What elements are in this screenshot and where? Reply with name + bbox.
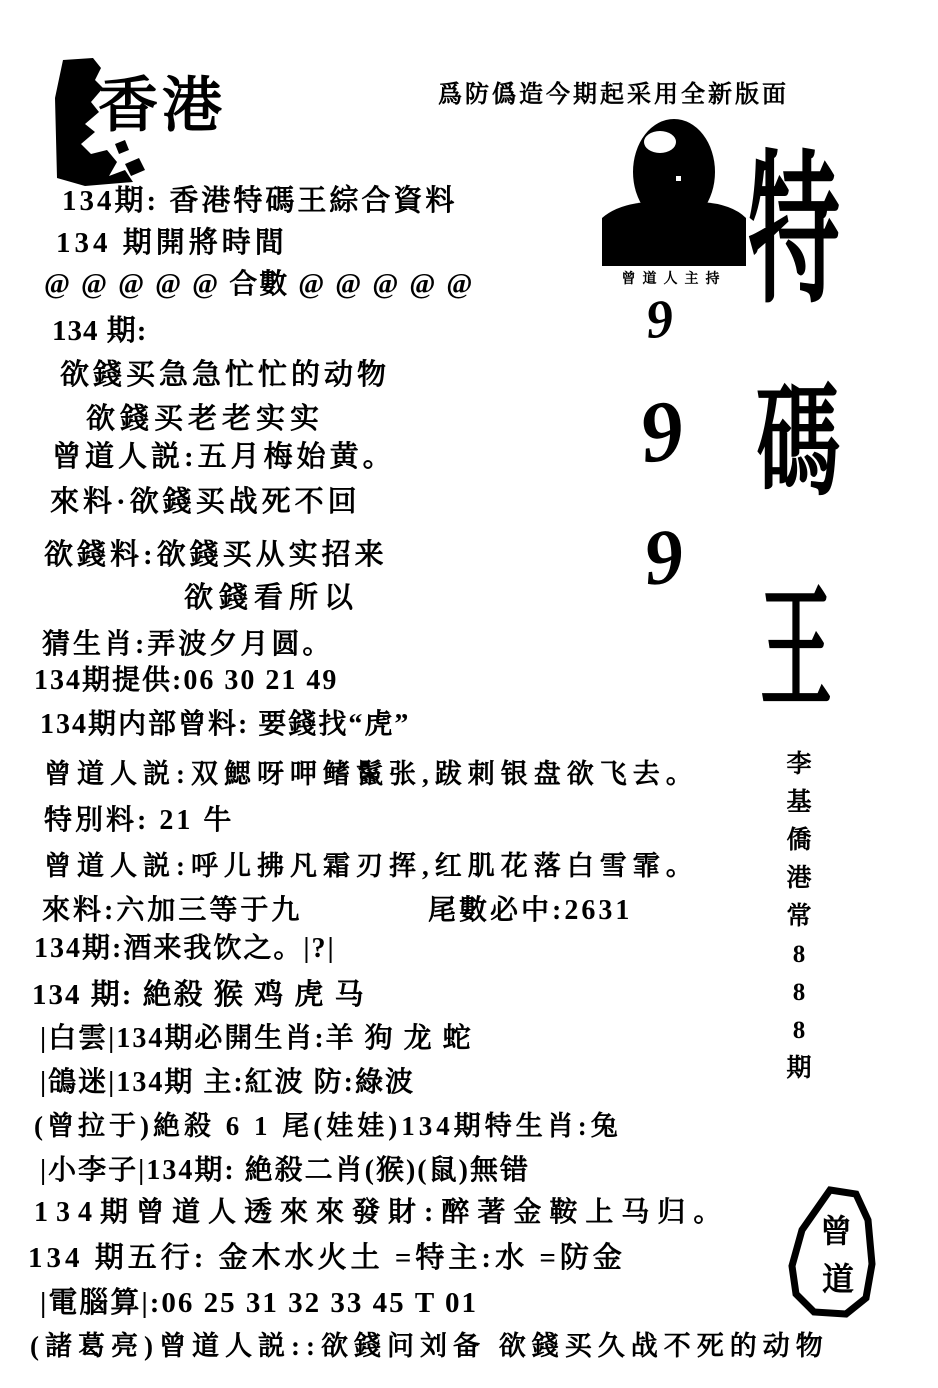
masthead-char-te: 特 [748, 150, 840, 314]
text-line: 134 期: 絶殺 猴 鸡 虎 马 [32, 980, 366, 1012]
text-line: 曾道人説:五月梅始黄。 [52, 442, 396, 474]
text-line: 曾道人説:双鰓呀呷鳍鬣张,跋刺银盘欲飞去。 [44, 760, 699, 790]
text-line: 曾道人説:呼儿拂凡霜刃挥,红肌花落白雪霏。 [44, 852, 699, 882]
seal-char-1: 曾 [820, 1213, 852, 1249]
decorative-nine-1: 9 [644, 291, 676, 347]
text-line: 134 期開將時間 [56, 228, 288, 260]
text-line: 來料:六加三等于九 [42, 896, 302, 927]
side-column-char: 李 [782, 746, 816, 784]
decorative-nine-2: 9 [634, 385, 689, 476]
masthead-char-wang: 王 [760, 584, 832, 717]
text-line: 欲錢买急急忙忙的动物 [60, 360, 390, 392]
logo-hongkong: 香港 [98, 58, 226, 144]
text-line: (曾拉于)絶殺 6 1 尾(娃娃)134期特生肖:兔 [34, 1112, 622, 1142]
text-line: 欲錢料:欲錢买从实招来 [44, 540, 388, 572]
side-column-char: 基 [782, 784, 816, 822]
side-column-char: 期 [782, 1050, 816, 1088]
text-line: 134期内部曾料: 要錢找“虎” [40, 710, 410, 741]
text-line: 來料·欲錢买战死不回 [50, 487, 361, 519]
portrait-caption: 曾道人主持 [598, 268, 750, 288]
text-line: 特別料: 21 牛 [44, 806, 234, 837]
text-line: 134期:酒来我饮之。|?| [34, 934, 336, 965]
side-vertical-column: 李 基 僑 港 常 8 8 8 期 [782, 746, 816, 1088]
side-column-char: 8 [782, 936, 816, 974]
scanned-tip-sheet: 香港 爲防僞造今期起采用全新版面 曾道人主持 特 碼 王 9 9 9 李 基 僑… [0, 0, 938, 1388]
text-line: 134 期: [52, 316, 147, 348]
text-line: @ @ @ @ @ 合數 @ @ @ @ @ [44, 270, 474, 301]
text-line: 134 期五行: 金木水火土 =特主:水 =防金 [28, 1243, 626, 1275]
text-line: 欲錢买老老实实 [86, 404, 324, 436]
anti-forgery-notice: 爲防僞造今期起采用全新版面 [438, 74, 789, 109]
text-line: 134期: 香港特碼王綜合資料 [62, 186, 457, 218]
seal-char-2: 道 [822, 1261, 854, 1297]
portrait-silhouette [598, 116, 750, 272]
masthead-char-ma: 碼 [756, 384, 840, 506]
text-line: 欲錢看所以 [184, 583, 359, 615]
decorative-nine-3: 9 [640, 516, 687, 598]
side-column-char: 8 [782, 1012, 816, 1050]
seal-stamp: 曾 道 [786, 1186, 886, 1326]
side-column-char: 8 [782, 974, 816, 1012]
text-line: 猜生肖:弄波夕月圆。 [42, 630, 333, 661]
text-line: |小李子|134期: 絶殺二肖(猴)(鼠)無错 [40, 1156, 530, 1187]
text-line: 134期提供:06 30 21 49 [34, 666, 338, 697]
text-line: |電腦算|:06 25 31 32 33 45 T 01 [40, 1288, 478, 1320]
text-line: 尾數必中:2631 [428, 896, 632, 927]
text-line: 134期曾道人透來來發財:醉著金鞍上马归。 [34, 1198, 729, 1229]
text-line: |鴿迷|134期 主:紅波 防:綠波 [40, 1068, 415, 1099]
text-line: (諸葛亮)曾道人説::欲錢问刘备 欲錢买久战不死的动物 [30, 1332, 829, 1362]
side-column-char: 僑 [782, 822, 816, 860]
text-line: |白雲|134期必開生肖:羊 狗 龙 蛇 [40, 1024, 473, 1055]
side-column-char: 港 [782, 860, 816, 898]
side-column-char: 常 [782, 898, 816, 936]
